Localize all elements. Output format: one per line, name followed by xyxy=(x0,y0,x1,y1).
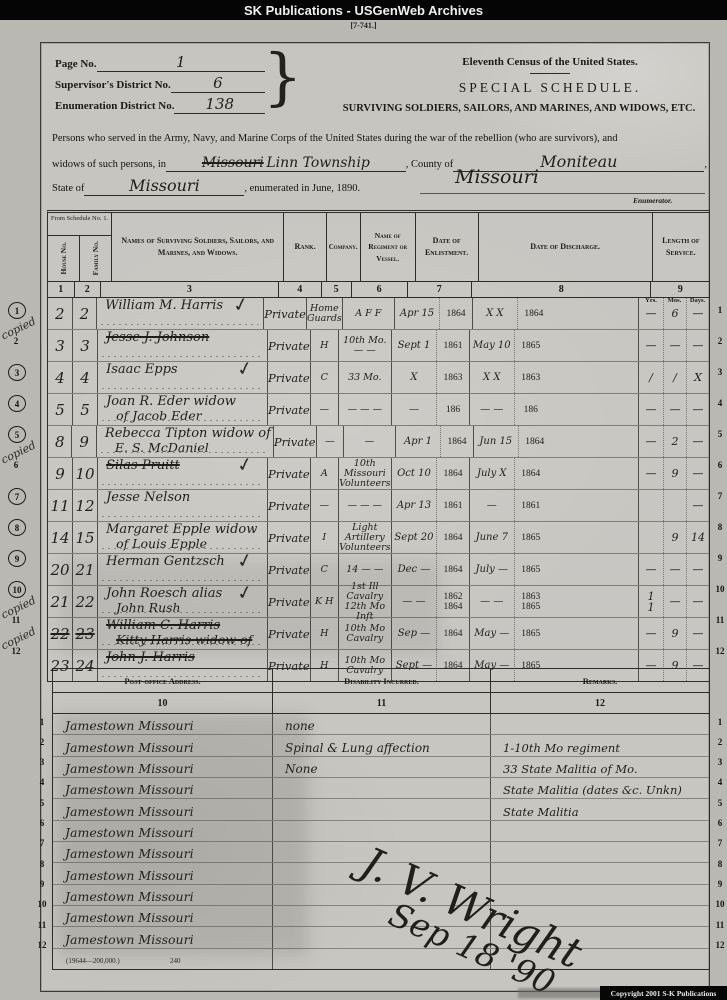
disability-header: Disability Incurred. xyxy=(273,669,491,692)
form-number: [7-741.] xyxy=(0,21,727,30)
discharge-month-day: July — xyxy=(470,554,515,585)
row-number-right: 12 xyxy=(712,938,727,953)
supervisor-district-field: Supervisor's District No. 6 xyxy=(55,74,265,93)
row-number-left: 5 xyxy=(8,426,26,443)
service-days: 14 xyxy=(686,522,709,553)
remarks: State Malitia (dates &c. Unkn) xyxy=(503,783,682,797)
disability: None xyxy=(285,762,318,776)
regiment-2: Volunteers xyxy=(339,543,390,553)
post-office-address: Jamestown Missouri xyxy=(65,804,194,819)
banner-title: SK Publications - USGenWeb Archives xyxy=(244,3,483,18)
enlist-month-day: — xyxy=(392,394,437,425)
enlist-month-day: Sept 20 xyxy=(392,522,437,553)
service-years: — xyxy=(645,436,656,447)
row-number-right: 7 xyxy=(712,836,727,851)
family-no-header: Family No. xyxy=(80,236,111,281)
soldier-name: Jesse J. Johnson xyxy=(106,331,265,345)
regiment: 10th Missouri xyxy=(339,459,391,479)
col-num-5: 5 xyxy=(322,282,352,297)
township-struck: Missouri xyxy=(202,155,264,171)
soldier-name: Jesse Nelson xyxy=(106,491,265,505)
house-no: 3 xyxy=(55,337,65,355)
soldier-row: 33Jesse J. JohnsonPrivateH10th Mo. — —Se… xyxy=(48,330,709,362)
col-num-10: 10 xyxy=(53,693,273,713)
service-days: — xyxy=(686,618,709,649)
soldier-name: William C. Harris xyxy=(106,619,265,633)
enumeration-district-value: 138 xyxy=(174,95,265,114)
row-number-right: 11 xyxy=(712,917,727,932)
service-years-2: 1 xyxy=(648,602,655,613)
rank: Private xyxy=(268,531,310,545)
family-no: 23 xyxy=(76,625,95,643)
service-header: Length of Service. xyxy=(653,213,709,281)
rank: Private xyxy=(274,435,316,449)
scanned-census-page: SK Publications - USGenWeb Archives [7-7… xyxy=(0,0,727,1000)
copyright-bar: Copyright 2001 S-K Publications xyxy=(600,986,727,1000)
row-number-left: 10 xyxy=(8,581,26,598)
discharge-month-day: Jun 15 xyxy=(474,426,519,457)
address-header: Post-office Address. xyxy=(53,669,273,692)
state-label: State of xyxy=(52,183,84,194)
row-number-left: 7 xyxy=(34,836,50,851)
regiment: — xyxy=(365,437,375,447)
township-entry: Missouri Linn Township xyxy=(166,155,406,172)
service-years: — xyxy=(646,628,657,639)
family-no: 9 xyxy=(79,433,89,451)
rank: Private xyxy=(268,403,310,417)
col-num-11: 11 xyxy=(273,693,491,713)
schedule-title: SPECIAL SCHEDULE. xyxy=(400,80,700,96)
col-num-9: 9 xyxy=(651,282,709,297)
service-days: X xyxy=(686,362,709,393)
enlist-year: 1861 xyxy=(443,341,462,351)
enlist-year: 1864 xyxy=(443,629,462,639)
enlist-year: 1862 xyxy=(443,592,462,602)
from-schedule-note: From Schedule No. 1. xyxy=(48,213,111,236)
col-num-6: 6 xyxy=(352,282,408,297)
house-no: 4 xyxy=(55,369,65,387)
enlist-month-day: X xyxy=(392,362,437,393)
post-office-address: Jamestown Missouri xyxy=(65,825,194,840)
discharge-year: 1864 xyxy=(525,437,544,447)
enlist-month-day: Oct 10 xyxy=(392,458,437,489)
page-no-label: Page No. xyxy=(55,58,97,70)
preamble-line-3: State of Missouri , enumerated in June, … xyxy=(52,176,472,196)
regiment: 10th Mo. — — xyxy=(339,336,391,356)
days-label: Days. xyxy=(686,297,709,307)
service-years: — xyxy=(646,468,657,479)
house-no: 22 xyxy=(50,625,69,643)
enlist-year: 1861 xyxy=(443,501,462,511)
row-number-left: 4 xyxy=(8,395,26,412)
service-months: 9 xyxy=(663,618,686,649)
row-number-right: 6 xyxy=(712,816,727,831)
company: C xyxy=(321,373,328,383)
discharge-month-day: May 10 xyxy=(470,330,515,361)
disability: Spinal & Lung affection xyxy=(285,741,430,755)
regiment: 10th Mo xyxy=(345,656,386,666)
service-months: — xyxy=(663,554,686,585)
row-number-left: 1 xyxy=(34,714,50,729)
soldier-row: 2122John Roesch aliasJohn Rush✓PrivateK … xyxy=(48,586,709,618)
discharge-year: 1861 xyxy=(521,501,540,511)
service-days: — xyxy=(686,394,709,425)
service-months xyxy=(663,490,686,521)
col-num-1: 1 xyxy=(48,282,75,297)
row-number-right: 7 xyxy=(712,488,727,503)
post-office-address: Jamestown Missouri xyxy=(65,846,194,861)
company: A xyxy=(321,469,328,479)
family-no: 10 xyxy=(76,465,95,483)
address-row: Jamestown Missouri xyxy=(53,821,709,842)
preamble-line-1: Persons who served in the Army, Navy, an… xyxy=(52,133,707,144)
row-number-left: 5 xyxy=(34,795,50,810)
enlist-month-day: Apr 1 xyxy=(396,426,441,457)
township-value: Linn Township xyxy=(266,155,370,171)
row-number-left: 12 xyxy=(34,938,50,953)
house-no: 9 xyxy=(55,465,65,483)
discharge-month-day: July X xyxy=(470,458,515,489)
service-days: — xyxy=(686,490,709,521)
address-row: Jamestown Missourinone xyxy=(53,714,709,735)
row-number-right: 9 xyxy=(712,550,727,565)
family-no: 4 xyxy=(80,369,90,387)
company-2: Guards xyxy=(307,314,342,324)
service-months: — xyxy=(663,394,686,425)
house-no: 8 xyxy=(55,433,65,451)
remarks: 33 State Malitia of Mo. xyxy=(503,762,638,776)
print-code: (19644—200,000.) xyxy=(66,957,120,965)
address-row: Jamestown MissouriNone33 State Malitia o… xyxy=(53,757,709,778)
soldier-row: 44Isaac Epps✓PrivateC33 Mo.X1863X X1863/… xyxy=(48,362,709,394)
enlistment-header: Date of Enlistment. xyxy=(416,213,479,281)
soldier-row: 1415Margaret Epple widowof Louis EpplePr… xyxy=(48,522,709,554)
regiment: Light Artillery xyxy=(339,523,391,543)
company: H xyxy=(320,629,328,639)
service-years: 1 xyxy=(648,591,655,602)
page-no-field: Page No. 1 xyxy=(55,53,265,72)
house-no: 2 xyxy=(55,305,65,323)
brace-glyph: } xyxy=(263,46,302,108)
county-label: , County of xyxy=(406,159,454,170)
discharge-year: 1864 xyxy=(521,469,540,479)
family-no: 22 xyxy=(76,593,95,611)
post-office-address: Jamestown Missouri xyxy=(65,740,194,755)
address-row: Jamestown MissouriState Malitia (dates &… xyxy=(53,778,709,799)
service-months: 9 xyxy=(663,458,686,489)
family-no: 2 xyxy=(80,305,90,323)
service-months: / xyxy=(663,362,686,393)
row-number-left: 9 xyxy=(34,877,50,892)
enlist-year: 1864 xyxy=(443,469,462,479)
company: H xyxy=(320,341,328,351)
family-no: 21 xyxy=(76,561,95,579)
enlist-month-day: Sep — xyxy=(392,618,437,649)
house-no: 11 xyxy=(50,497,69,515)
enlist-year-2: 1864 xyxy=(443,602,462,612)
enumerator-signature-line xyxy=(420,193,705,194)
row-number-right: 3 xyxy=(712,364,727,379)
rank: Private xyxy=(268,339,310,353)
service-months: 9 xyxy=(663,522,686,553)
row-number-left: 6 xyxy=(34,816,50,831)
service-days: — xyxy=(686,426,709,457)
schedule-ref-header: From Schedule No. 1. House No. Family No… xyxy=(48,213,112,281)
house-no: 5 xyxy=(55,401,65,419)
remarks: 1-10th Mo regiment xyxy=(503,741,620,755)
discharge-year: 1863 xyxy=(521,373,540,383)
company: — xyxy=(325,437,335,447)
col-num-4: 4 xyxy=(279,282,322,297)
family-no: 15 xyxy=(76,529,95,547)
row-number-right: 10 xyxy=(712,897,727,912)
enlist-month-day: — — xyxy=(392,586,437,617)
enlist-year: 1864 xyxy=(447,309,466,319)
service-days: — xyxy=(686,554,709,585)
row-number-right: 5 xyxy=(712,426,727,441)
soldier-name: Margaret Epple widow xyxy=(106,523,265,537)
service-months: — xyxy=(663,586,686,617)
enlist-month-day: Apr 13 xyxy=(392,490,437,521)
rank: Private xyxy=(268,467,310,481)
soldier-row: 910Silas Pruitt✓PrivateA10th MissouriVol… xyxy=(48,458,709,490)
post-office-address: Jamestown Missouri xyxy=(65,868,194,883)
service-years: — xyxy=(646,404,657,415)
row-number-left: 4 xyxy=(34,775,50,790)
house-no-header: House No. xyxy=(48,236,80,281)
row-number-right: 11 xyxy=(712,612,727,627)
county-value: Moniteau xyxy=(540,152,617,171)
row-number-right: 4 xyxy=(712,775,727,790)
discharge-year: 1864 xyxy=(524,309,543,319)
copyright-text: Copyright 2001 S-K Publications xyxy=(611,989,717,998)
company: — xyxy=(320,501,330,511)
row-number-right: 1 xyxy=(712,302,727,317)
rank: Private xyxy=(268,371,310,385)
enlist-year: 1864 xyxy=(447,437,466,447)
row-number-right: 12 xyxy=(712,643,727,658)
enumeration-district-field: Enumeration District No. 138 xyxy=(55,95,265,114)
soldier-name-2: of Louis Epple xyxy=(116,537,265,551)
regiment: — — — xyxy=(348,405,383,415)
col-num-8: 8 xyxy=(472,282,651,297)
enlist-month-day: Apr 15 xyxy=(395,298,440,329)
title-rule xyxy=(530,73,570,74)
company: K H xyxy=(315,597,333,607)
page-no-value: 1 xyxy=(97,53,265,72)
soldiers-table-body: 22William M. Harris✓PrivateHomeGuardsA F… xyxy=(48,298,709,681)
row-number-right: 10 xyxy=(712,581,727,596)
company: Home xyxy=(310,304,339,314)
soldier-name: Rebecca Tipton widow of xyxy=(105,427,271,441)
soldier-row: 22William M. Harris✓PrivateHomeGuardsA F… xyxy=(48,298,709,330)
discharge-year-2: 1865 xyxy=(521,602,540,612)
disability: none xyxy=(285,719,315,733)
rank: Private xyxy=(268,499,310,513)
service-years: — xyxy=(646,564,657,575)
service-months: 2 xyxy=(663,426,686,457)
supervisor-district-label: Supervisor's District No. xyxy=(55,79,171,91)
discharge-month-day: — — xyxy=(470,394,515,425)
address-row: Jamestown Missouri xyxy=(53,927,709,948)
enlist-year: 186 xyxy=(446,405,460,415)
row-number-right: 5 xyxy=(712,795,727,810)
in-label: widows of such persons, in xyxy=(52,159,166,170)
rank: Private xyxy=(268,595,310,609)
row-number-right: 4 xyxy=(712,395,727,410)
discharge-month-day: May — xyxy=(470,618,515,649)
family-no: 5 xyxy=(80,401,90,419)
row-number-left: 10 xyxy=(34,897,50,912)
row-number-left: 1 xyxy=(8,302,26,319)
service-days: — xyxy=(686,586,709,617)
rank: Private xyxy=(264,307,306,321)
soldier-name-2: Kitty Harris widow of xyxy=(116,633,265,647)
row-number-left: 2 xyxy=(34,734,50,749)
preamble-line-2: widows of such persons, in Missouri Linn… xyxy=(52,152,707,172)
col-num-2: 2 xyxy=(75,282,102,297)
mos-label: Mos. xyxy=(663,297,686,307)
post-office-address: Jamestown Missouri xyxy=(65,932,194,947)
address-row: Jamestown MissouriSpinal & Lung affectio… xyxy=(53,735,709,756)
rank: Private xyxy=(268,627,310,641)
discharge-month-day: X X xyxy=(473,298,518,329)
row-number-right: 2 xyxy=(712,333,727,348)
census-title: Eleventh Census of the United States. xyxy=(400,56,700,68)
soldier-row: 1112Jesse NelsonPrivate—— — —Apr 131861—… xyxy=(48,490,709,522)
enlist-year: 1864 xyxy=(443,533,462,543)
service-subheaders: Yrs. Mos. Days. xyxy=(639,297,709,307)
col-num-7: 7 xyxy=(408,282,472,297)
regiment-2: Volunteers xyxy=(339,479,390,489)
enumerator-written-value: Missouri xyxy=(455,166,539,188)
discharge-year: 1865 xyxy=(521,629,540,639)
service-days: — xyxy=(686,458,709,489)
service-days: — xyxy=(686,330,709,361)
remarks-header: Remarks. xyxy=(491,669,709,692)
service-years: — xyxy=(646,340,657,351)
col-num-12: 12 xyxy=(491,693,709,713)
company: C xyxy=(321,565,328,575)
address-table-header: Post-office Address. Disability Incurred… xyxy=(53,669,709,693)
regiment: 14 — — xyxy=(346,565,383,575)
row-number-right: 6 xyxy=(712,457,727,472)
family-no: 3 xyxy=(80,337,90,355)
address-row xyxy=(53,949,709,969)
company: I xyxy=(322,533,326,543)
supervisor-district-value: 6 xyxy=(171,74,265,93)
state-value: Missouri xyxy=(129,176,200,195)
column-numbers-row: 1 2 3 4 5 6 7 8 9 xyxy=(48,282,709,298)
regiment: — — — xyxy=(348,501,383,511)
company-header: Company. xyxy=(327,213,361,281)
yrs-label: Yrs. xyxy=(639,297,663,307)
row-number-left: 8 xyxy=(8,519,26,536)
regiment: A F F xyxy=(355,309,381,319)
row-number-left: 3 xyxy=(34,755,50,770)
row-number-left: 8 xyxy=(34,856,50,871)
regiment: 33 Mo. xyxy=(348,373,381,383)
regiment-header: Name of Regiment or Vessel. xyxy=(361,213,416,281)
enlist-month-day: Sept 1 xyxy=(392,330,437,361)
row-number-right: 3 xyxy=(712,755,727,770)
regiment: 1st Ill Cavalry xyxy=(339,582,391,602)
discharge-year: 1865 xyxy=(521,565,540,575)
service-years: — xyxy=(646,308,657,319)
family-no: 12 xyxy=(76,497,95,515)
enumerator-label: Enumerator. xyxy=(633,196,672,205)
remarks: State Malitia xyxy=(503,805,579,819)
company: — xyxy=(320,405,330,415)
address-row: Jamestown MissouriState Malitia xyxy=(53,799,709,820)
row-number-left: 3 xyxy=(8,364,26,381)
soldier-name: John J. Harris xyxy=(106,651,265,665)
row-number-left: 11 xyxy=(34,917,50,932)
discharge-month-day: X X xyxy=(470,362,515,393)
soldier-row: 89Rebecca Tipton widow ofE. S. McDanielP… xyxy=(48,426,709,458)
print-number: 240 xyxy=(170,957,181,965)
regiment: 10th Mo xyxy=(345,624,386,634)
post-office-address: Jamestown Missouri xyxy=(65,910,194,925)
post-office-address: Jamestown Missouri xyxy=(65,889,194,904)
row-number-left: 9 xyxy=(8,550,26,567)
post-office-address: Jamestown Missouri xyxy=(65,718,194,733)
enumeration-district-label: Enumeration District No. xyxy=(55,100,174,112)
discharge-month-day: — xyxy=(470,490,515,521)
discharge-header: Date of Discharge. xyxy=(479,213,653,281)
house-no: 21 xyxy=(50,593,69,611)
discharge-month-day: — — xyxy=(470,586,515,617)
soldiers-table-header: From Schedule No. 1. House No. Family No… xyxy=(48,213,709,282)
names-header: Names of Surviving Soldiers, Sailors, an… xyxy=(112,213,284,281)
post-office-address: Jamestown Missouri xyxy=(65,782,194,797)
post-office-address: Jamestown Missouri xyxy=(65,761,194,776)
house-no: 20 xyxy=(50,561,69,579)
regiment-2: Cavalry xyxy=(346,634,383,644)
state-entry: Missouri xyxy=(84,176,244,196)
service-months: — xyxy=(663,330,686,361)
enumerated-label: , enumerated in June, 1890. xyxy=(244,183,360,194)
row-number-left: 7 xyxy=(8,488,26,505)
service-years: / xyxy=(649,372,653,383)
discharge-month-day: June 7 xyxy=(470,522,515,553)
row-number-right: 8 xyxy=(712,519,727,534)
row-number-right: 9 xyxy=(712,877,727,892)
publisher-banner: SK Publications - USGenWeb Archives xyxy=(0,0,727,20)
rank-header: Rank. xyxy=(284,213,326,281)
soldier-name: Joan R. Eder widow xyxy=(106,395,265,409)
enlist-year: 1863 xyxy=(443,373,462,383)
discharge-year: 1863 xyxy=(521,592,540,602)
soldier-name-2: of Jacob Eder xyxy=(116,409,265,423)
enlist-year: 1864 xyxy=(443,565,462,575)
comma: , xyxy=(704,159,707,170)
soldier-row: 2223William C. HarrisKitty Harris widow … xyxy=(48,618,709,650)
address-column-numbers: 10 11 12 xyxy=(53,693,709,714)
discharge-year: 1865 xyxy=(521,533,540,543)
row-number-right: 8 xyxy=(712,856,727,871)
discharge-year: 1865 xyxy=(521,341,540,351)
discharge-year: 186 xyxy=(524,405,538,415)
col-num-3: 3 xyxy=(101,282,279,297)
enlist-month-day: Dec — xyxy=(392,554,437,585)
house-no: 14 xyxy=(50,529,69,547)
rank: Private xyxy=(268,563,310,577)
row-number-right: 2 xyxy=(712,734,727,749)
schedule-subtitle: SURVIVING SOLDIERS, SAILORS, AND MARINES… xyxy=(330,103,708,114)
soldier-row: 55Joan R. Eder widowof Jacob EderPrivate… xyxy=(48,394,709,426)
soldiers-table: From Schedule No. 1. House No. Family No… xyxy=(47,210,710,682)
